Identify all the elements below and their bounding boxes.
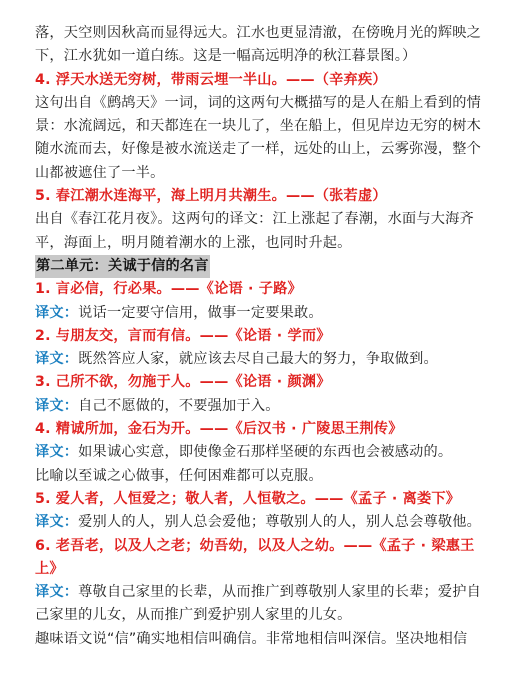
translation-text: 说话一定要守信用，做事一定要果敢。 <box>78 305 323 321</box>
translation-line: 译文：如果诚心实意，即使像金石那样坚硬的东西也会被感动的。 <box>35 441 485 464</box>
translation-label: 译文： <box>35 584 78 600</box>
translation-text: 如果诚心实意，即使像金石那样坚硬的东西也会被感动的。 <box>78 444 452 460</box>
paragraph-line: 随水流而去，好像是被水流送走了一样，远处的山上，云雾弥漫，整个 <box>35 138 485 161</box>
translation-label: 译文： <box>35 444 78 460</box>
quote-heading: 3. 己所不欲，勿施于人。——《论语 · 颜渊》 <box>35 371 485 394</box>
translation-label: 译文： <box>35 514 78 530</box>
quote-heading: 5. 春江潮水连海平，海上明月共潮生。——（张若虚） <box>35 185 485 208</box>
paragraph-line: 平，海面上，明月随着潮水的上涨，也同时升起。 <box>35 232 485 255</box>
section-heading-row: 第二单元：关诚于信的名言 <box>35 255 485 278</box>
paragraph-line: 出自《春江花月夜》。这两句的译文：江上涨起了春潮，水面与大海齐 <box>35 208 485 231</box>
translation-label: 译文： <box>35 305 78 321</box>
translation-label: 译文： <box>35 398 78 414</box>
paragraph-line: 己家里的儿女，从而推广到爱护别人家里的儿女。 <box>35 604 485 627</box>
quote-heading: 6. 老吾老，以及人之老；幼吾幼，以及人之幼。——《孟子 · 梁惠王 <box>35 535 485 558</box>
paragraph-line: 这句出自《鹧鸪天》一词，词的这两句大概描写的是人在船上看到的情 <box>35 92 485 115</box>
translation-line: 译文：自己不愿做的，不要强加于入。 <box>35 395 485 418</box>
quote-heading: 1. 言必信，行必果。——《论语 · 子路》 <box>35 278 485 301</box>
quote-heading: 2. 与朋友交，言而有信。——《论语 · 学而》 <box>35 325 485 348</box>
quote-heading: 5. 爱人者，人恒爱之；敬人者，人恒敬之。——《孟子 · 离娄下》 <box>35 488 485 511</box>
quote-heading: 4. 浮天水送无穷树，带雨云埋一半山。——（辛弃疾） <box>35 69 485 92</box>
quote-heading-cont: 上》 <box>35 558 485 581</box>
section-heading: 第二单元：关诚于信的名言 <box>35 255 210 278</box>
translation-line: 译文：说话一定要守信用，做事一定要果敢。 <box>35 302 485 325</box>
translation-line: 译文：爱别人的人，别人总会爱他；尊敬别人的人，别人总会尊敬他。 <box>35 511 485 534</box>
translation-text: 自己不愿做的，不要强加于入。 <box>78 398 279 414</box>
translation-text: 爱别人的人，别人总会爱他；尊敬别人的人，别人总会尊敬他。 <box>78 514 481 530</box>
translation-line: 译文：尊敬自己家里的长辈，从而推广到尊敬别人家里的长辈；爱护自 <box>35 581 485 604</box>
translation-label: 译文： <box>35 351 78 367</box>
quote-heading: 4. 精诚所加，金石为开。——《后汉书 · 广陵思王荆传》 <box>35 418 485 441</box>
paragraph-line: 下，江水犹如一道白练。这是一幅高远明净的秋江暮景图。） <box>35 45 485 68</box>
translation-text: 既然答应人家，就应该去尽自己最大的努力，争取做到。 <box>78 351 438 367</box>
document-body: 落，天空则因秋高而显得远大。江水也更显清澈，在傍晚月光的辉映之 下，江水犹如一道… <box>35 22 485 651</box>
paragraph-line: 落，天空则因秋高而显得远大。江水也更显清澈，在傍晚月光的辉映之 <box>35 22 485 45</box>
translation-text: 尊敬自己家里的长辈，从而推广到尊敬别人家里的长辈；爱护自 <box>78 584 481 600</box>
paragraph-line: 比喻以至诚之心做事，任何困难都可以克服。 <box>35 465 485 488</box>
paragraph-line: 景：水流阔远，和天都连在一块儿了，坐在船上，但见岸边无穷的树木 <box>35 115 485 138</box>
paragraph-line: 山都被遮住了一半。 <box>35 162 485 185</box>
paragraph-line: 趣味语文说“信”确实地相信叫确信。非常地相信叫深信。坚决地相信 <box>35 628 485 651</box>
translation-line: 译文：既然答应人家，就应该去尽自己最大的努力，争取做到。 <box>35 348 485 371</box>
